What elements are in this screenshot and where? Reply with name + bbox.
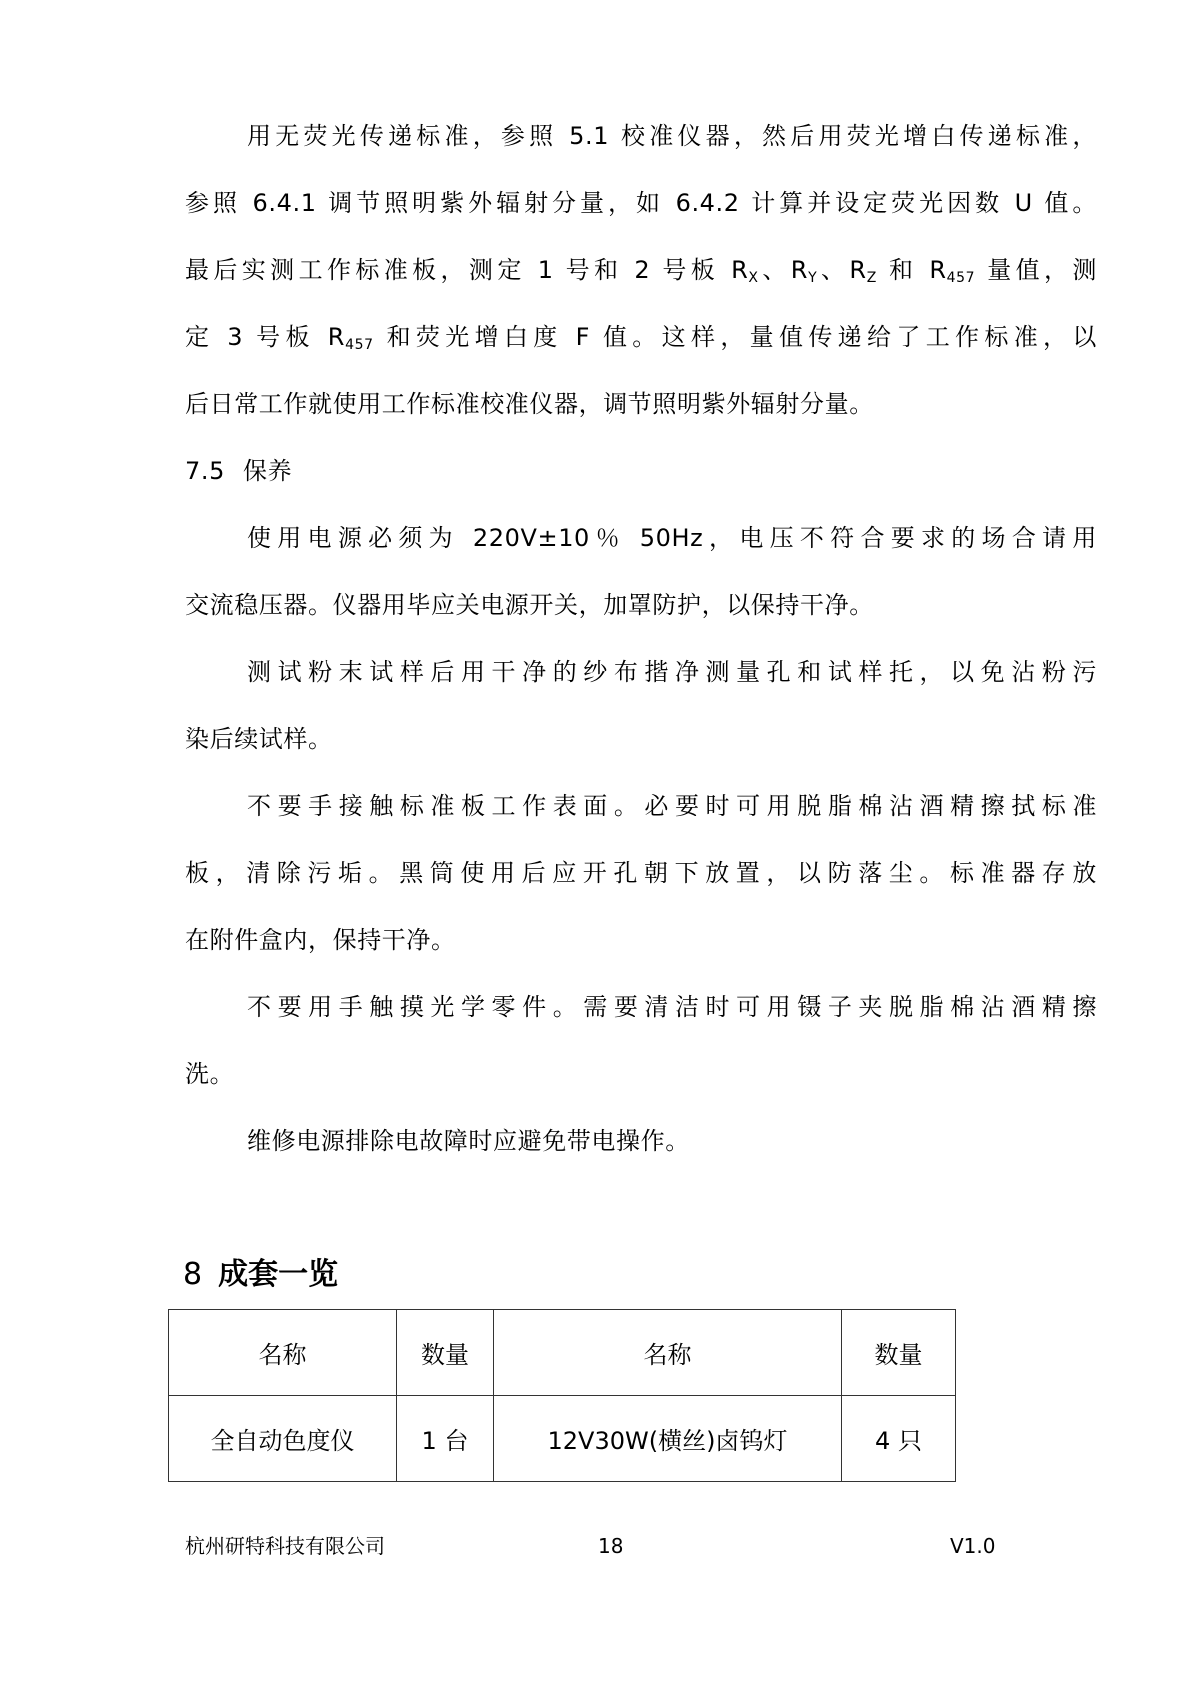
table-cell: 全自动色度仪: [169, 1396, 397, 1482]
text-run: 、R: [759, 256, 808, 284]
paragraph-line: 洗。: [185, 1059, 1097, 1089]
section-number: 7.5: [185, 457, 225, 485]
paragraph-line: 用无荧光传递标准，参照 5.1 校准仪器，然后用荧光增白传递标准，: [247, 121, 1097, 151]
subscript: 457: [345, 337, 374, 353]
paragraph-line: 不要用手触摸光学零件。需要清洁时可用镊子夹脱脂棉沾酒精擦: [247, 992, 1097, 1022]
header-cell-name: 名称: [494, 1310, 842, 1396]
text-run: 和 R: [877, 256, 947, 284]
header-cell-quantity: 数量: [397, 1310, 494, 1396]
text-run: 量值，测: [975, 256, 1097, 284]
paragraph-line: 在附件盒内，保持干净。: [185, 925, 1097, 955]
section-title: 成套一览: [218, 1257, 338, 1292]
kit-list-table: 名称 数量 名称 数量 全自动色度仪 1 台 12V30W(横丝)卤钨灯 4 只: [168, 1309, 956, 1482]
text-run: 最后实测工作标准板，测定 1 号和 2 号板 R: [185, 256, 748, 284]
paragraph-line: 交流稳压器。仪器用毕应关电源开关，加罩防护，以保持干净。: [185, 590, 1097, 620]
document-page: 用无荧光传递标准，参照 5.1 校准仪器，然后用荧光增白传递标准， 参照 6.4…: [0, 0, 1200, 1702]
table-cell: 4 只: [842, 1396, 956, 1482]
paragraph-line: 参照 6.4.1 调节照明紫外辐射分量，如 6.4.2 计算并设定荧光因数 U …: [185, 188, 1097, 218]
footer-company: 杭州研特科技有限公司: [185, 1533, 385, 1559]
subscript: 457: [947, 270, 976, 286]
section-title: 保养: [243, 457, 292, 485]
paragraph-line: 定 3 号板 R457 和荧光增白度 F 值。这样，量值传递给了工作标准，以: [185, 322, 1097, 352]
header-cell-name: 名称: [169, 1310, 397, 1396]
paragraph-line: 最后实测工作标准板，测定 1 号和 2 号板 RX、RY、RZ 和 R457 量…: [185, 255, 1097, 285]
paragraph-line: 染后续试样。: [185, 724, 1097, 754]
paragraph-line: 后日常工作就使用工作标准校准仪器，调节照明紫外辐射分量。: [185, 389, 1097, 419]
subscript: Z: [867, 270, 877, 286]
paragraph-line: 使用电源必须为 220V±10％ 50Hz，电压不符合要求的场合请用: [247, 523, 1097, 553]
section-number: 8: [183, 1257, 202, 1292]
text-run: 定 3 号板 R: [185, 323, 345, 351]
paragraph-line: 不要手接触标准板工作表面。必要时可用脱脂棉沾酒精擦拭标准: [247, 791, 1097, 821]
table-row: 全自动色度仪 1 台 12V30W(横丝)卤钨灯 4 只: [169, 1396, 956, 1482]
table-cell: 12V30W(横丝)卤钨灯: [494, 1396, 842, 1482]
table-cell: 1 台: [397, 1396, 494, 1482]
section-heading-8: 8成套一览: [183, 1257, 338, 1293]
table-header-row: 名称 数量 名称 数量: [169, 1310, 956, 1396]
text-run: 和荧光增白度 F 值。这样，量值传递给了工作标准，以: [374, 323, 1097, 351]
footer-version: V1.0: [950, 1533, 996, 1559]
paragraph-line: 板，清除污垢。黑筒使用后应开孔朝下放置，以防落尘。标准器存放: [185, 858, 1097, 888]
header-cell-quantity: 数量: [842, 1310, 956, 1396]
subscript: Y: [808, 270, 817, 286]
paragraph-line: 维修电源排除电故障时应避免带电操作。: [247, 1126, 1097, 1156]
section-heading-7-5: 7.5保养: [185, 456, 1097, 486]
text-run: 、R: [817, 256, 866, 284]
paragraph-line: 测试粉末试样后用干净的纱布揩净测量孔和试样托，以免沾粉污: [247, 657, 1097, 687]
footer-page-number: 18: [598, 1533, 623, 1559]
subscript: X: [748, 270, 758, 286]
